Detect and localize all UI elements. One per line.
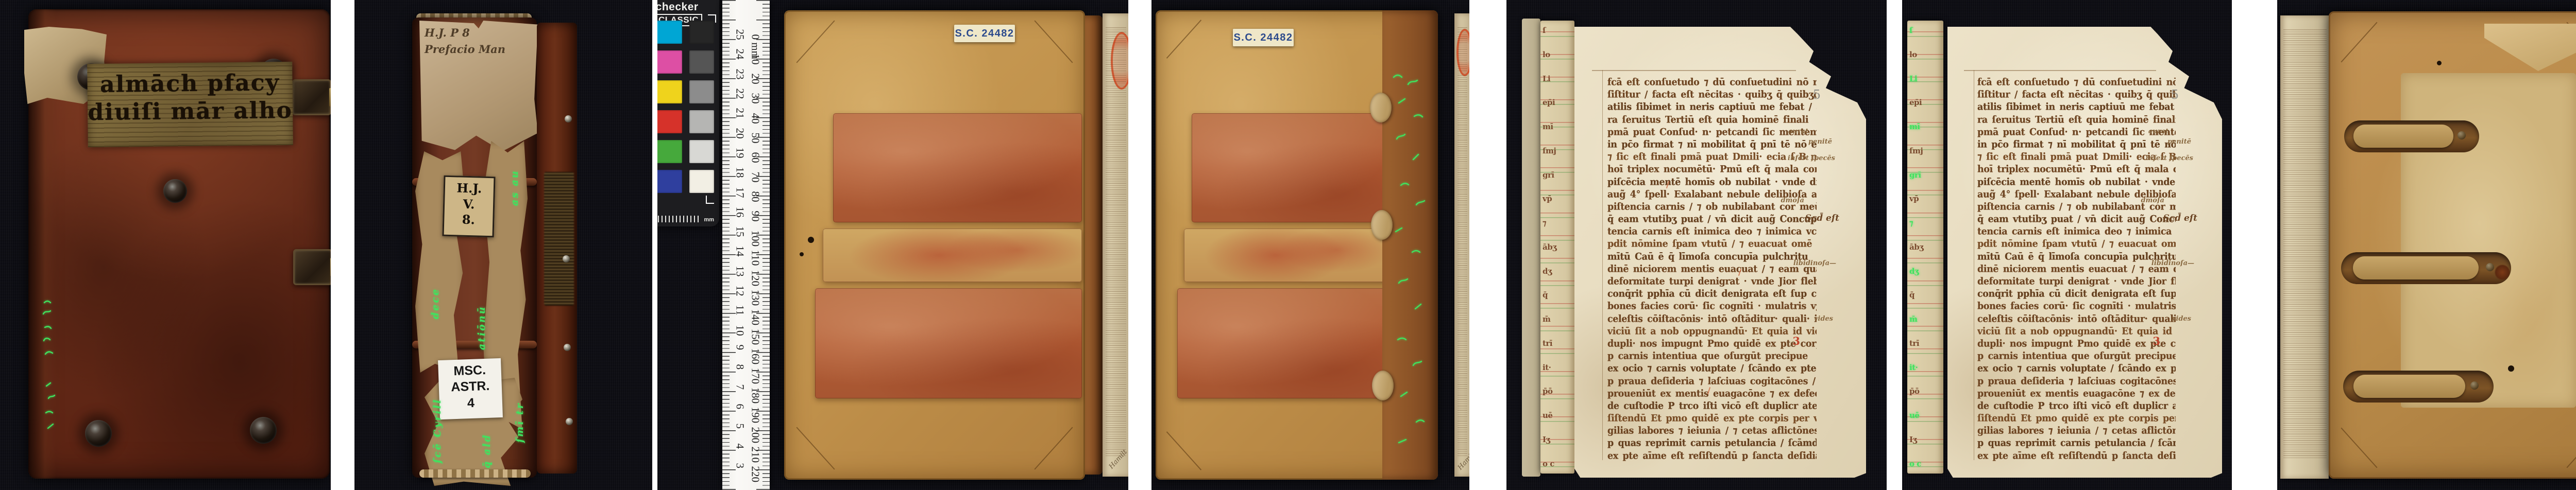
strap-nail xyxy=(2470,381,2479,390)
colorchecker-gray-column xyxy=(689,21,714,193)
ruler-mm-number: 140 xyxy=(749,309,762,321)
ruler-mm-number: 40 xyxy=(749,113,762,125)
margin-note: dmoſa xyxy=(1781,197,1804,204)
text-line: in pc̄o firmat ⁊ nī mobilitat q̄ pnī tē … xyxy=(1607,138,1817,151)
leather-strap-bottom xyxy=(815,288,1082,398)
guard-text-token: vp̄ xyxy=(1909,194,1941,203)
foredge-title-label-edge xyxy=(544,172,574,306)
text-line: dupli· nos impugnt Pmo quidē ex pte corp… xyxy=(1977,337,2176,351)
text-line: p praua deſideria ⁊ laſciuas cogitacōnes… xyxy=(1607,375,1817,388)
colorchecker-color-patch xyxy=(657,140,682,163)
text-line: gilias labores ⁊ ieiunia / ⁊ cetas aflic… xyxy=(1607,425,1817,438)
guard-text-token: uē xyxy=(1543,411,1572,420)
turn-in-seam xyxy=(1034,427,1073,469)
text-line: ex pte aīme eſt reſiſtendū p ſancta deſi… xyxy=(1977,449,2176,463)
ruler-mm-number: 90 xyxy=(749,211,762,223)
ruler-cm-number: 7 xyxy=(734,384,747,396)
folio-number-pencil: 5 xyxy=(1813,87,1821,102)
ruler-cm-scale: 252423222120191817161514131211109876543 xyxy=(734,29,746,476)
colorchecker-mm-scale xyxy=(657,216,701,222)
text-line: ra ſeruitus Tertiū eſt quia hominē final… xyxy=(1977,113,2176,127)
text-line: conq̄rit pphīa cū dicit denigrata eſt ſu… xyxy=(1607,287,1817,301)
rust-stain xyxy=(2495,265,2510,280)
strap-tongue xyxy=(2353,256,2479,279)
guard-text-token: p̄ō xyxy=(1909,387,1941,396)
ruler-mm-number: 100 xyxy=(749,231,762,243)
margin-note: Scd̄ eſt xyxy=(2163,213,2197,223)
uv-text-fragment: ſmī tr xyxy=(514,360,526,443)
colorchecker-gray-patch xyxy=(689,80,714,103)
text-line: mītū Caū ē q̄ līmoſa concupīa pulchritu xyxy=(1607,250,1817,264)
uv-text-fragment: dece xyxy=(430,221,441,319)
turn-in-seam xyxy=(2341,428,2377,468)
shelf-mark-label: H.J.V.8. xyxy=(442,176,495,238)
ruler-cm-number: 19 xyxy=(734,147,747,160)
cover-title-line1: almāch pfacy xyxy=(87,69,293,99)
ruler-mm-number: 200 xyxy=(749,427,762,439)
leather-strap-bottom xyxy=(1177,288,1387,398)
text-line: p quas reprimit carnis petulancia / ſcām… xyxy=(1607,437,1817,450)
photo-manuscript-page-uv: ſloLiep̄imīſmjgrīvp̄⁊ābʒdʒq̄m̄trīit·p̄ōu… xyxy=(1902,0,2232,490)
ruler-mm-number: 70 xyxy=(749,171,762,184)
quire-mark-red: 3 xyxy=(1792,335,1800,347)
shelf-mark-line: V. xyxy=(445,196,494,213)
text-line: ex pte aīme eſt reſiſtendū p ſancta deſi… xyxy=(1607,449,1817,463)
wormhole xyxy=(2437,61,2442,65)
clasp-stud xyxy=(566,418,573,425)
photo-inside-front-cover-uv: S.C. 24482 Hamilt xyxy=(1151,0,1469,490)
guard-text-token: mī xyxy=(1543,122,1572,131)
photo-inside-front-cover-with-targets: rcheckerCLASSIC mm 252423222120191817161… xyxy=(657,0,1128,490)
guard-text-token: dʒ xyxy=(1543,267,1572,276)
photo-manuscript-page: ſloLiep̄imīſmjgrīvp̄⁊ābʒdʒq̄m̄trīit·p̄ōu… xyxy=(1506,0,1887,490)
text-line: viciū ſit a nob oppugnandū· Et quia id v… xyxy=(1977,325,2176,338)
shelf-mark-line: H.J. xyxy=(445,180,494,197)
guard-text-token: grī xyxy=(1909,170,1941,180)
leather-strap-middle xyxy=(823,229,1082,282)
ruler-cm-number: 10 xyxy=(734,325,747,337)
ruler-mm-number: 60 xyxy=(749,152,762,164)
front-cover: almāch pfacy diuiſi mār alho xyxy=(28,9,330,479)
text-line: bones facies corū· ſic cognīti · mulatri… xyxy=(1607,300,1817,313)
colorchecker-color-patch xyxy=(657,21,682,44)
ruler-cm-number: 8 xyxy=(734,364,747,377)
colorchecker-gray-patch xyxy=(689,140,714,163)
uv-fluorescent-marks xyxy=(43,381,59,437)
guard-text-token: trī xyxy=(1909,339,1941,348)
photo-spine: H.J. P 8 Prefacio Man H.J.V.8. MSC.ASTR.… xyxy=(354,0,652,490)
text-line: proueniūt ex mentis euagacōne ⁊ ex defec… xyxy=(1977,387,2176,400)
text-line: pmā puat Conſud· n· petcandi ſic mentem xyxy=(1977,126,2176,139)
ruler-mm-number: 0 mm xyxy=(749,34,762,47)
ruler-cm-number: 23 xyxy=(734,68,747,81)
clasp-stud xyxy=(563,255,570,262)
ruler-cm-number: 3 xyxy=(734,463,747,475)
ruler-cm-number: 14 xyxy=(734,246,747,258)
cover-title-line2: diuiſi mār alho xyxy=(88,97,293,127)
text-line: dinē niciorem mentis euacuat / ⁊ eam qua… xyxy=(1607,262,1817,276)
guard-text-token: q̄ xyxy=(1543,290,1572,300)
folio-number-pencil: 5 xyxy=(2171,87,2179,102)
guard-text-token: grī xyxy=(1543,170,1572,180)
sewing-edge xyxy=(1085,15,1103,475)
leather-strap-top xyxy=(1192,113,1387,222)
uv-text-fragment: q̄ ald xyxy=(481,376,493,468)
library-stamp xyxy=(1111,32,1128,90)
ruler-mm-number: 120 xyxy=(749,270,762,282)
text-line: ſiſtendū Et pmo quidē ex pte corpis per … xyxy=(1607,412,1817,425)
call-number-lines: MSC.ASTR.4 xyxy=(438,362,502,412)
ruler-mm-number: 10 xyxy=(749,54,762,66)
guard-text-token: ſ xyxy=(1909,26,1941,35)
turn-in-seam xyxy=(1166,20,1201,59)
clasp-stud xyxy=(564,344,571,351)
book-foredge-side xyxy=(537,23,577,474)
uv-text-fragment: ſcē Cyrill xyxy=(432,355,443,463)
text-line: pmā puat Conſud· n· petcandi ſic mentem xyxy=(1607,126,1817,139)
ruler-cm-number: 12 xyxy=(734,286,747,298)
ruler-mm-number: 30 xyxy=(749,93,762,106)
page-text: fcā eſt conſuetudo ⁊ dū conſuetudini nō … xyxy=(1977,76,2176,462)
ruler-cm-number: 9 xyxy=(734,345,747,357)
page-text: fcā eſt conſuetudo ⁊ dū conſuetudini nō … xyxy=(1607,76,1817,462)
text-line: atilis ſibimet in neris captiuū me febat… xyxy=(1607,101,1817,114)
library-stamp xyxy=(1456,29,1469,76)
guard-text-token: Li xyxy=(1909,74,1941,83)
strap-channel xyxy=(2343,371,2494,402)
leather-strap-top xyxy=(833,113,1082,222)
ruler-mm-number: 220 xyxy=(749,466,762,478)
text-line: ⁊ ſic eſt finali pmā puat Dmili· ecia ſ … xyxy=(1607,150,1817,164)
text-line: q̄ eam vtutibʒ puat / vn̄ dicit aug̃ Con… xyxy=(1607,213,1817,226)
text-line: tencia carnis eſt inimica deo ⁊ inimica … xyxy=(1977,225,2176,239)
text-line: pdit nōmine ſpam vtutū / ⁊ euacuat omē xyxy=(1607,238,1817,251)
uv-fluorescent-marks xyxy=(40,299,58,360)
margin-note: libidinoſa— xyxy=(2151,259,2194,267)
wormhole xyxy=(2508,365,2514,372)
photo-front-cover: almāch pfacy diuiſi mār alho xyxy=(0,0,331,490)
photo-inside-back-cover xyxy=(2277,0,2576,490)
ruler-cm-number: 16 xyxy=(734,206,747,219)
guard-text-token: ep̄i xyxy=(1543,98,1572,107)
colorchecker-card: rcheckerCLASSIC mm xyxy=(657,0,719,226)
colorchecker-color-patch xyxy=(657,80,682,103)
uv-text-fragment: atiōnū xyxy=(476,216,487,350)
strap-channel xyxy=(2341,252,2511,284)
text-line: gilias labores ⁊ ieiunia / ⁊ cetas aflic… xyxy=(1977,425,2176,438)
ruler-cm-number: 5 xyxy=(734,424,747,436)
spine-head-note-line2: Prefacio Man xyxy=(425,41,533,58)
digitization-strip: { "cover": { "label_line1": "almāch pfac… xyxy=(0,0,2576,490)
guard-text-token: uē xyxy=(1909,411,1941,420)
text-line: ex ocio ⁊ carnis voluptate / ſcāndo ex p… xyxy=(1607,362,1817,376)
inside-back-board xyxy=(2329,11,2576,479)
text-line: piſcēcia mentē homīs ob nubilat · vnde d… xyxy=(1977,176,2176,189)
guard-text-token: o c xyxy=(1543,459,1572,468)
guard-text-token: it· xyxy=(1543,363,1572,372)
text-line: ra ſeruitus Tertiū eſt quia hominē final… xyxy=(1607,113,1817,127)
strap-nail xyxy=(2486,263,2494,271)
text-line: deformitate turpi denigrat · vnde Jior f… xyxy=(1607,275,1817,288)
ruler-mm-number: 130 xyxy=(749,289,762,302)
margin-note: aurat xyxy=(1788,128,1808,135)
guard-text-token: Li xyxy=(1543,74,1572,83)
colorchecker-color-patch xyxy=(657,50,682,74)
clasp-upper xyxy=(292,79,331,115)
margin-note: infert ſpecēs xyxy=(2146,154,2193,162)
text-line: dinē niciorem mentis euacuat / ⁊ eam qua… xyxy=(1977,262,2176,276)
text-line: viciū ſit a nob oppugnandū· Et quia id v… xyxy=(1607,325,1817,338)
text-line: tencia carnis eſt inimica deo ⁊ inimica … xyxy=(1607,225,1817,239)
crop-mark xyxy=(706,196,714,204)
guard-text-token: dʒ xyxy=(1909,267,1941,276)
ruler-mm-number: 170 xyxy=(749,368,762,380)
colorchecker-color-patch xyxy=(657,110,682,133)
clasp-lower xyxy=(293,249,331,285)
colorchecker-gray-patch xyxy=(689,21,714,44)
ruler-mm-number: 210 xyxy=(749,446,762,459)
leather-strap-middle xyxy=(1184,229,1387,282)
guard-text-token: m̄ xyxy=(1543,314,1572,324)
ruler-cm-number: 6 xyxy=(734,404,747,416)
margin-note: vides xyxy=(1814,315,1833,323)
guard-text-token: trī xyxy=(1543,339,1572,348)
strap-tongue xyxy=(2353,125,2453,148)
guard-text-token: it· xyxy=(1909,363,1941,372)
ruler-mm-scale: 0 mm102030405060708090100110120130140150… xyxy=(749,34,761,479)
guard-text-token: Iʒ xyxy=(1543,435,1572,444)
spine-head-note-line1: H.J. P 8 xyxy=(425,25,533,41)
ruler-cm-number: 17 xyxy=(734,187,747,199)
text-line: fcā eſt conſuetudo ⁊ dū conſuetudini nō … xyxy=(1607,76,1817,89)
guard-text-token: lo xyxy=(1909,50,1941,59)
margin-note: Scd̄ eſt xyxy=(1805,213,1839,223)
text-line: p quas reprimit carnis petulancia / ſcām… xyxy=(1977,437,2176,450)
guard-text-token: mī xyxy=(1909,122,1941,131)
ruler-cm-number: 18 xyxy=(734,167,747,180)
margin-note: vides xyxy=(2172,315,2191,323)
margin-note: penitē xyxy=(2167,138,2191,146)
guard-text-token: lo xyxy=(1543,50,1572,59)
colorchecker-brand-fragment: rchecker xyxy=(657,1,699,13)
flyleaf-signature: Hamilt xyxy=(1108,448,1128,470)
text-line: conq̄rit pphīa cū dicit denigrata eſt ſu… xyxy=(1977,287,2176,301)
uv-text-fragment: as au xyxy=(509,118,520,206)
guard-text-token: ⁊ xyxy=(1909,218,1941,227)
guard-text-token: ābʒ xyxy=(1909,242,1941,252)
text-line: bones facies corū· ſic cognīti · mulatri… xyxy=(1977,300,2176,313)
corner-boss-bottom-left xyxy=(85,420,112,447)
text-line: de cuſtodie P trco iſti vicō eſt duplicr… xyxy=(1977,399,2176,413)
manuscript-page: fcā eſt conſuetudo ⁊ dū conſuetudini nō … xyxy=(1947,27,2222,478)
text-line: dupli· nos impugnt Pmo quidē ex pte corp… xyxy=(1607,337,1817,351)
ruler-cm-number: 21 xyxy=(734,108,747,120)
text-line: ſiſtitur / facta eſt nēcitas · quibʒ q̄ … xyxy=(1977,88,2176,101)
guard-text-token: ſmj xyxy=(1909,146,1941,155)
strap-tongue xyxy=(2353,375,2465,398)
strap-channel xyxy=(2344,120,2479,152)
text-line: deformitate turpi denigrat · vnde Jior f… xyxy=(1977,275,2176,288)
text-line: p carnis intentiua que oſurgūt precipue xyxy=(1977,349,2176,363)
colorchecker-mm-label: mm xyxy=(704,217,714,223)
uv-fluorescent-marks xyxy=(1383,67,1440,458)
text-line: in pc̄o firmat ⁊ nī mobilitat q̄ pnī tē … xyxy=(1977,138,2176,151)
turn-in-seam xyxy=(2341,22,2377,63)
text-line: mītū Caū ē q̄ līmoſa concupīa pulchritu xyxy=(1977,250,2176,264)
ruler-mm-number: 20 xyxy=(749,74,762,86)
textblock-edge: Hamilt xyxy=(1103,13,1128,477)
inside-front-board: S.C. 24482 xyxy=(784,10,1085,480)
guard-text-token: ep̄i xyxy=(1909,98,1941,107)
text-line: proueniūt ex mentis euagacōne ⁊ ex defec… xyxy=(1607,387,1817,400)
text-line: p carnis intentiua que oſurgūt precipue xyxy=(1607,349,1817,363)
facing-page-edge xyxy=(1522,19,1540,477)
ruler-cm-number: 4 xyxy=(734,443,747,456)
call-number-label: MSC.ASTR.4 xyxy=(438,358,503,419)
guard-text-token: q̄ xyxy=(1909,290,1941,300)
text-line: q̄ eam vtutibʒ puat / vn̄ dicit aug̃ Con… xyxy=(1977,213,2176,226)
guard-text-token: p̄ō xyxy=(1543,387,1572,396)
text-line: ſiſtendū Et pmo quidē ex pte corpis per … xyxy=(1977,412,2176,425)
ruler-cm-number: 20 xyxy=(734,128,747,140)
guard-text-token: ſmj xyxy=(1543,146,1572,155)
center-boss xyxy=(163,179,187,203)
cover-title-label: almāch pfacy diuiſi mār alho xyxy=(87,62,293,147)
call-number-line: 4 xyxy=(439,394,502,412)
ruler-mm-number: 80 xyxy=(749,191,762,204)
text-line: celeſtis cōiſtacōnis· intō oſtāditur· qu… xyxy=(1607,312,1817,326)
text-line: celeſtis cōiſtacōnis· intō oſtāditur· qu… xyxy=(1977,312,2176,326)
guard-text-token: o c xyxy=(1909,459,1941,468)
ruler-cm-number: 15 xyxy=(734,226,747,239)
text-line: piſcēcia mentē homīs ob nubilat · vnde d… xyxy=(1607,176,1817,189)
ruler-cm-number: 13 xyxy=(734,266,747,278)
crop-mark xyxy=(708,14,716,23)
ruler: 252423222120191817161514131211109876543 … xyxy=(722,0,770,490)
text-line: ex ocio ⁊ carnis voluptate / ſcāndo ex p… xyxy=(1977,362,2176,376)
margin-note: infert ſpecēs xyxy=(1788,154,1835,162)
strap-nail xyxy=(2458,131,2466,139)
turn-in-seam xyxy=(1034,20,1073,63)
colorchecker-gray-patch xyxy=(689,50,714,74)
ruler-mm-number: 160 xyxy=(749,348,762,361)
turn-in-seam xyxy=(796,20,835,63)
textblock-edge xyxy=(2280,15,2329,479)
ruler-cm-number: 25 xyxy=(734,29,747,42)
ruler-mm-number: 190 xyxy=(749,407,762,419)
colorchecker-gray-patch xyxy=(689,170,714,193)
ruler-mm-number: 150 xyxy=(749,328,762,341)
guard-text-token: ⁊ xyxy=(1543,218,1572,227)
text-line: hoī triplex nocumētū· Pmū eſt q̄ mala co… xyxy=(1977,163,2176,177)
text-line: p praua deſideria ⁊ laſciuas cogitacōnes… xyxy=(1977,375,2176,388)
ruler-mm-number: 110 xyxy=(749,250,762,262)
clasp-stud xyxy=(565,115,572,122)
ruler-mm-number: 50 xyxy=(749,132,762,145)
guard-text-token: ſ xyxy=(1543,26,1572,35)
text-line: de cuſtodie P trco iſti vicō eſt duplicr… xyxy=(1607,399,1817,413)
text-line: atilis ſibimet in neris captiuū me febat… xyxy=(1977,101,2176,114)
flyleaf-signature: Hamilt xyxy=(1456,449,1469,471)
manuscript-page: fcā eſt conſuetudo ⁊ dū conſuetudini nō … xyxy=(1574,27,1866,478)
guard-text-tokens: ſloLiep̄imīſmjgrīvp̄⁊ābʒdʒq̄m̄trīit·p̄ōu… xyxy=(1909,26,1941,468)
guard-text-token: ābʒ xyxy=(1543,242,1572,252)
margin-note: penitē xyxy=(1808,138,1832,146)
binding-guard-strip-uv: ſloLiep̄imīſmjgrīvp̄⁊ābʒdʒq̄m̄trīit·p̄ōu… xyxy=(1907,21,1943,474)
wormhole xyxy=(800,252,804,256)
text-line: ſiſtitur / facta eſt nēcitas · quibʒ q̄ … xyxy=(1607,88,1817,101)
binding-guard-strip: ſloLiep̄imīſmjgrīvp̄⁊ābʒdʒq̄m̄trīit·p̄ōu… xyxy=(1540,21,1574,474)
colorchecker-color-column xyxy=(657,21,682,193)
quire-mark-red: 3 xyxy=(2153,335,2160,347)
guard-text-token: m̄ xyxy=(1909,314,1941,324)
guard-text-token: Iʒ xyxy=(1909,435,1941,444)
endband-tail xyxy=(419,469,531,478)
guard-text-tokens: ſloLiep̄imīſmjgrīvp̄⁊ābʒdʒq̄m̄trīit·p̄ōu… xyxy=(1543,26,1572,468)
margin-note: libidinoſa— xyxy=(1793,259,1836,267)
colorchecker-color-patch xyxy=(657,170,682,193)
catalog-label: S.C. 24482 xyxy=(1233,29,1294,46)
turn-in-seam xyxy=(1166,431,1201,470)
wormhole xyxy=(808,237,814,243)
colorchecker-gray-patch xyxy=(689,110,714,133)
ruler-cm-number: 22 xyxy=(734,88,747,100)
ruler-cm-number: 11 xyxy=(734,305,747,318)
text-line: hoī triplex nocumētū· Pmū eſt q̄ mala co… xyxy=(1607,163,1817,177)
catalog-label: S.C. 24482 xyxy=(954,25,1015,42)
text-line: pdit nōmine ſpam vtutū / ⁊ euacuat omē xyxy=(1977,238,2176,251)
turn-in-seam xyxy=(796,427,835,469)
textblock-edge: Hamilt xyxy=(1454,13,1469,477)
ruler-mm-number: 180 xyxy=(749,388,762,400)
guard-text-token: vp̄ xyxy=(1543,194,1572,203)
lifted-parchment-flap xyxy=(2484,24,2576,71)
margin-note: aurat xyxy=(2148,128,2168,135)
corner-boss-bottom-right xyxy=(250,417,277,444)
turn-in-seam xyxy=(2566,428,2576,468)
text-line: fcā eſt conſuetudo ⁊ dū conſuetudini nō … xyxy=(1977,76,2176,89)
margin-note: dmoſa xyxy=(2141,197,2164,204)
ruler-cm-number: 24 xyxy=(734,49,747,61)
